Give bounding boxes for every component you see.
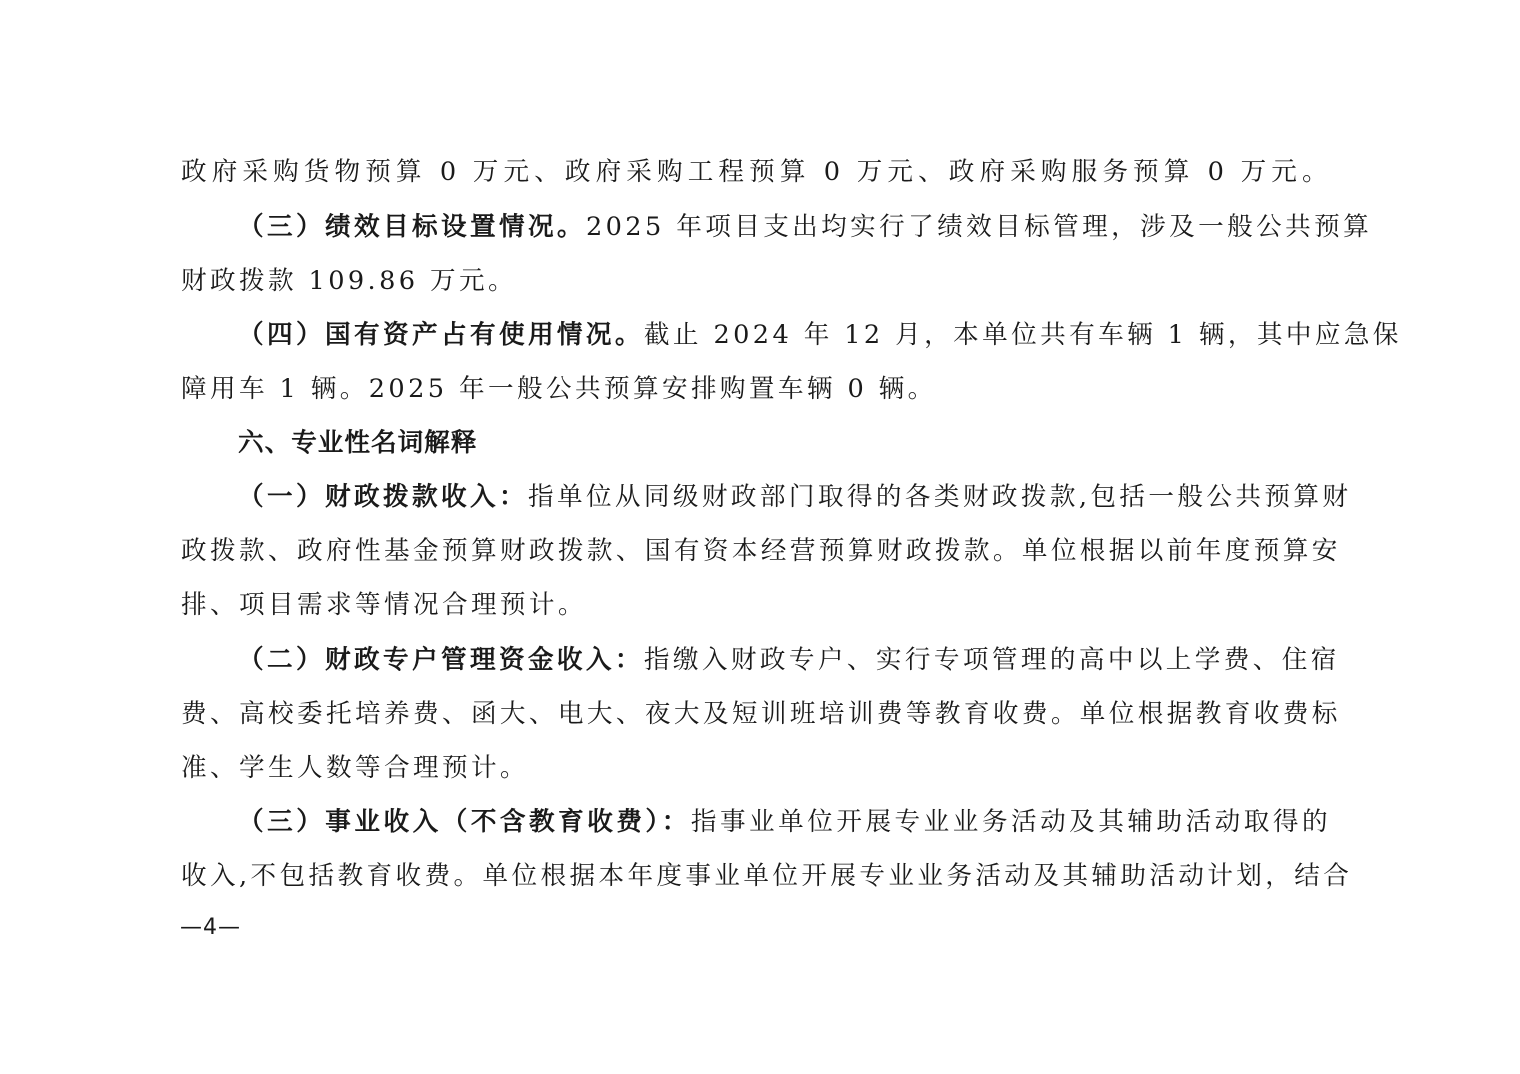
paragraph-line: 收入,不包括教育收费。单位根据本年度事业单位开展专业业务活动及其辅助活动计划，结… — [181, 856, 1331, 896]
paragraph-line: 排、项目需求等情况合理预计。 — [181, 585, 1331, 625]
body-text: 指单位从同级财政部门取得的各类财政拨款,包括一般公共预算财 — [528, 482, 1351, 512]
body-text: 政拨款、政府性基金预算财政拨款、国有资本经营预算财政拨款。单位根据以前年度预算安 — [181, 536, 1341, 566]
document-page: 政府采购货物预算 0 万元、政府采购工程预算 0 万元、政府采购服务预算 0 万… — [0, 0, 1520, 1074]
paragraph-line: 财政拨款 109.86 万元。 — [181, 261, 1331, 301]
section-label: （四）国有资产占有使用情况。 — [238, 320, 644, 350]
paragraph-line: 政府采购货物预算 0 万元、政府采购工程预算 0 万元、政府采购服务预算 0 万… — [181, 152, 1331, 192]
paragraph-line: （二）财政专户管理资金收入：指缴入财政专户、实行专项管理的高中以上学费、住宿 — [238, 640, 1331, 680]
section-heading: 六、专业性名词解释 — [238, 423, 477, 463]
body-text: 指事业单位开展专业业务活动及其辅助活动取得的 — [691, 807, 1331, 837]
body-text: 指缴入财政专户、实行专项管理的高中以上学费、住宿 — [644, 645, 1340, 675]
term-label: （二）财政专户管理资金收入： — [238, 645, 644, 675]
body-text: 财政拨款 109.86 万元。 — [181, 266, 517, 296]
term-label: （三）事业收入（不含教育收费）： — [238, 807, 691, 837]
paragraph-line: 政拨款、政府性基金预算财政拨款、国有资本经营预算财政拨款。单位根据以前年度预算安 — [181, 531, 1331, 571]
paragraph-line: 准、学生人数等合理预计。 — [181, 748, 1331, 788]
paragraph-line: （一）财政拨款收入：指单位从同级财政部门取得的各类财政拨款,包括一般公共预算财 — [238, 477, 1331, 517]
paragraph-line: 费、高校委托培养费、函大、电大、夜大及短训班培训费等教育收费。单位根据教育收费标 — [181, 694, 1331, 734]
body-text: 障用车 1 辆。2025 年一般公共预算安排购置车辆 0 辆。 — [181, 374, 937, 404]
paragraph-line: （三）事业收入（不含教育收费）：指事业单位开展专业业务活动及其辅助活动取得的 — [238, 802, 1331, 842]
section-label: （三）绩效目标设置情况。 — [238, 212, 586, 242]
body-text: 政府采购货物预算 0 万元、政府采购工程预算 0 万元、政府采购服务预算 0 万… — [181, 157, 1331, 187]
paragraph-line: （三）绩效目标设置情况。2025 年项目支出均实行了绩效目标管理，涉及一般公共预… — [238, 207, 1331, 247]
body-text: 截止 2024 年 12 月，本单位共有车辆 1 辆，其中应急保 — [644, 320, 1402, 350]
body-text: 收入,不包括教育收费。单位根据本年度事业单位开展专业业务活动及其辅助活动计划，结… — [181, 861, 1352, 891]
term-label: （一）财政拨款收入： — [238, 482, 528, 512]
body-text: 2025 年项目支出均实行了绩效目标管理，涉及一般公共预算 — [586, 212, 1372, 242]
body-text: 排、项目需求等情况合理预计。 — [181, 590, 587, 620]
paragraph-line: 障用车 1 辆。2025 年一般公共预算安排购置车辆 0 辆。 — [181, 369, 1331, 409]
body-text: 费、高校委托培养费、函大、电大、夜大及短训班培训费等教育收费。单位根据教育收费标 — [181, 699, 1341, 729]
body-text: 准、学生人数等合理预计。 — [181, 753, 529, 783]
paragraph-line: （四）国有资产占有使用情况。截止 2024 年 12 月，本单位共有车辆 1 辆… — [238, 315, 1331, 355]
page-number: —4— — [180, 910, 241, 946]
